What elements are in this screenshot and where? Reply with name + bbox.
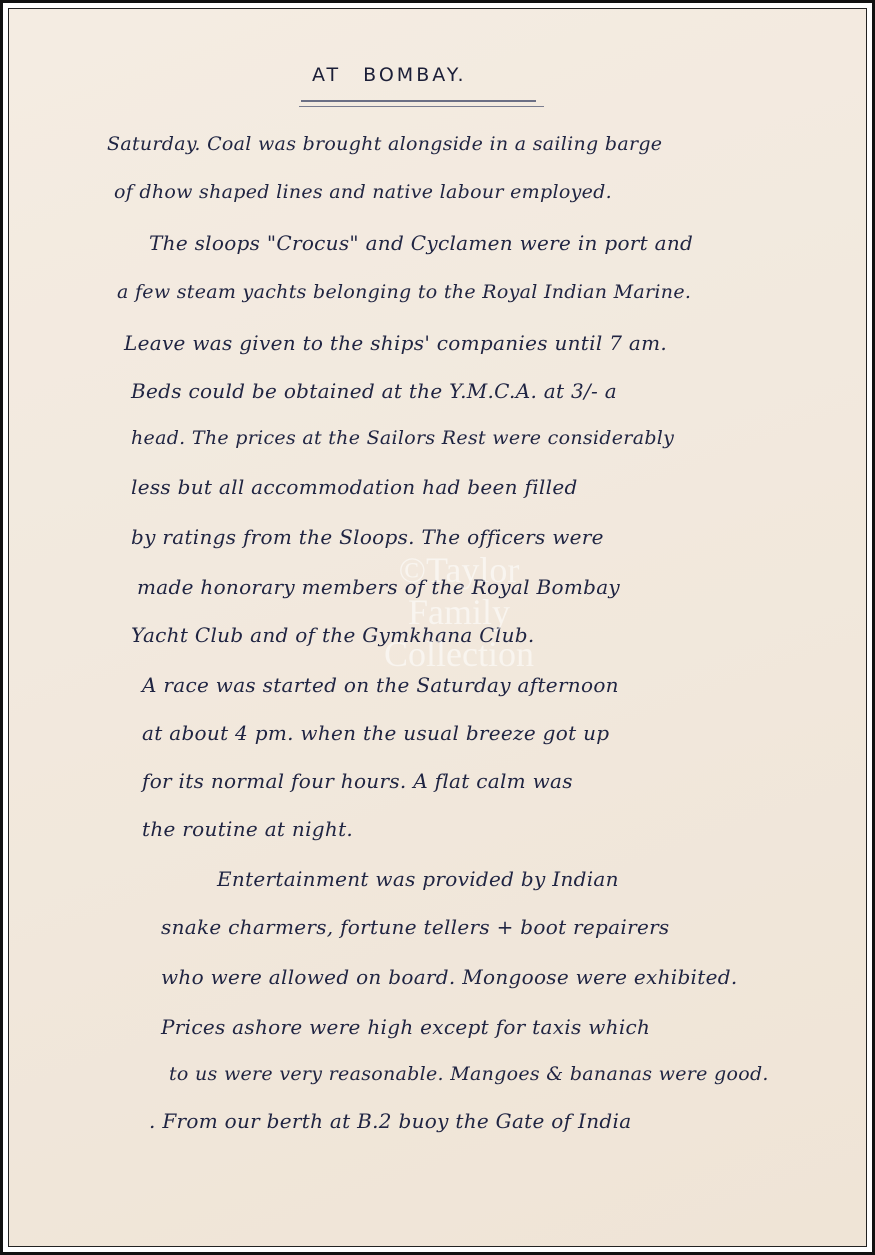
text-line: head. The prices at the Sailors Rest wer… <box>131 427 674 449</box>
journal-page: ATBOMBAY. Saturday. Coal was brought alo… <box>9 9 866 1246</box>
page-frame-outer: ATBOMBAY. Saturday. Coal was brought alo… <box>0 0 875 1255</box>
text-line: of dhow shaped lines and native labour e… <box>114 181 612 203</box>
text-line: made honorary members of the Royal Bomba… <box>137 575 620 599</box>
text-line: to us were very reasonable. Mangoes & ba… <box>169 1063 769 1085</box>
page-title: ATBOMBAY. <box>312 64 467 86</box>
text-line: The sloops "Crocus" and Cyclamen were in… <box>149 231 693 255</box>
text-line: Entertainment was provided by Indian <box>217 867 619 891</box>
text-line: snake charmers, fortune tellers + boot r… <box>161 915 670 939</box>
text-line: Prices ashore were high except for taxis… <box>161 1015 650 1039</box>
text-line: by ratings from the Sloops. The officers… <box>131 525 604 549</box>
text-line: Yacht Club and of the Gymkhana Club. <box>131 623 535 647</box>
text-line: A race was started on the Saturday after… <box>142 673 619 697</box>
copyright-watermark: ©Taylor Family Collection <box>329 549 589 675</box>
text-line: at about 4 pm. when the usual breeze got… <box>142 721 609 745</box>
title-main: BOMBAY. <box>363 64 466 86</box>
text-line: the routine at night. <box>142 817 353 841</box>
title-prefix: AT <box>312 64 341 86</box>
text-line: Beds could be obtained at the Y.M.C.A. a… <box>131 379 617 403</box>
text-line: who were allowed on board. Mongoose were… <box>161 965 737 989</box>
title-underline-upper <box>301 100 536 102</box>
text-line: for its normal four hours. A flat calm w… <box>142 769 573 793</box>
text-line: Leave was given to the ships' companies … <box>124 331 667 355</box>
text-line: Saturday. Coal was brought alongside in … <box>107 133 662 155</box>
text-line: . From our berth at B.2 buoy the Gate of… <box>149 1109 631 1133</box>
title-underline-lower <box>299 106 544 107</box>
page-frame-inner: ATBOMBAY. Saturday. Coal was brought alo… <box>8 8 867 1247</box>
text-line: a few steam yachts belonging to the Roya… <box>117 281 691 303</box>
text-line: less but all accommodation had been fill… <box>131 475 578 499</box>
